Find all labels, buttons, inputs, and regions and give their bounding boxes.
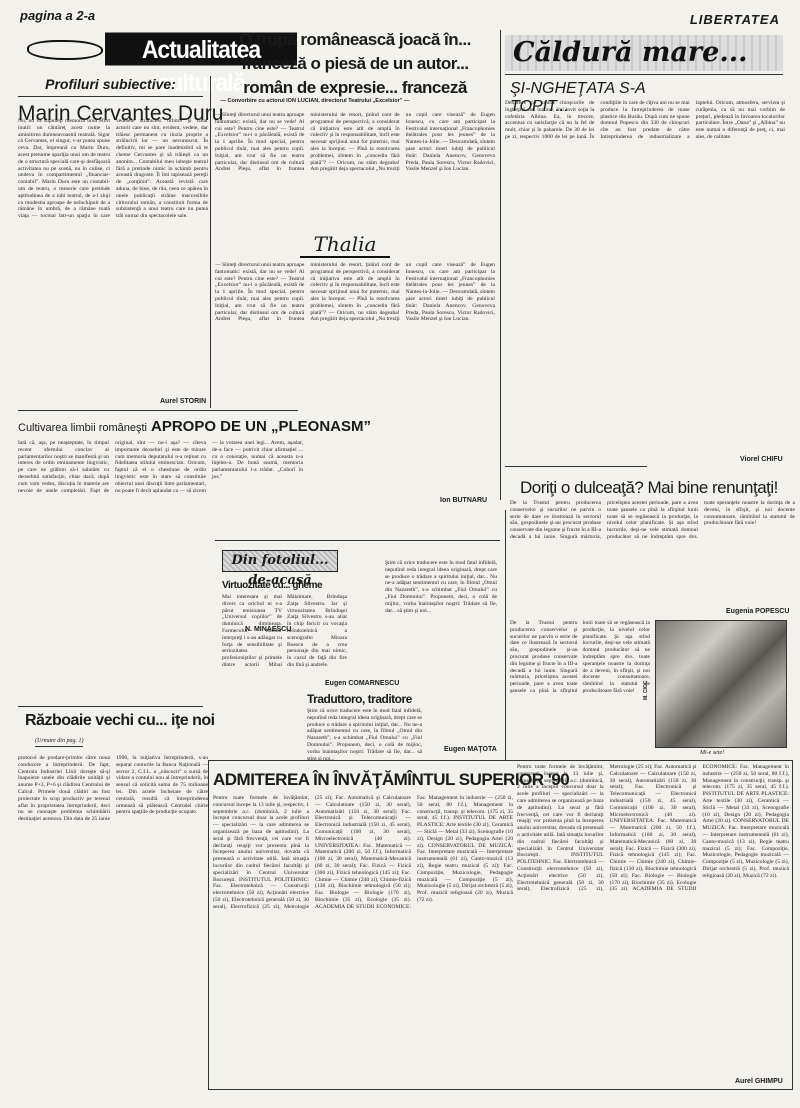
article-body: — Sînteţi directorul unui teatru aproape… [215, 112, 495, 227]
continued-from: (Urmare din pag. 1) [35, 738, 83, 747]
newspaper-masthead: LIBERTATEA [690, 12, 780, 27]
page-number: pagina a 2-a [20, 8, 95, 23]
column-divider [500, 30, 501, 500]
article-body: Deoarece pe stradă chioşcurile de îngheţ… [505, 100, 785, 418]
article-byline: Aurel STORIN [160, 398, 206, 405]
photo-credit: M. CIOC [643, 681, 649, 700]
article-byline: Aurel GHIMPU [735, 1078, 783, 1085]
article-title: O trupă românească joacă în... franceză … [215, 28, 495, 100]
photo-caption: Mi-e sete! [700, 750, 724, 756]
article-kicker: Cultivarea limbii româneşti [18, 422, 147, 434]
article-byline: Eugenia POPESCU [726, 608, 789, 615]
article-title: ADMITEREA ÎN ÎNVĂŢĂMÎNTUL SUPERIOR '90 [213, 770, 569, 790]
article-body: protocol de predare-primire către noua c… [18, 755, 208, 1090]
section-rule [18, 706, 203, 707]
article-subtitle: — Convorbire cu actorul ION LUCIAN, dire… [215, 98, 415, 104]
thalia-emblem: Thalia [300, 232, 390, 258]
caldura-banner: Căldură mare... [505, 35, 783, 71]
article-byline: Eugen MAŢOTA [444, 746, 497, 753]
section-rule [215, 540, 500, 541]
column-divider [210, 76, 211, 408]
article-body-continued: De la Trustul pentru producerea conserve… [510, 620, 650, 760]
article-title: Războaie vechi cu... iţe noi [25, 712, 215, 730]
article-title: Virtuozitate cu... gheme [222, 580, 322, 591]
article-byline: Ion BUTNARU [440, 497, 487, 504]
article-body: Nu, nu vă supuneţi memoria unui efort in… [18, 118, 208, 408]
article-headline: Cultivarea limbii româneşti APROPO DE UN… [18, 418, 308, 436]
article-body-continued: Ştim că orice traducere este în mod fata… [385, 560, 497, 745]
photo-thirsty-child [655, 620, 787, 748]
din-fotoliul-banner: Din fotoliul... de-acasă [222, 550, 338, 572]
article-body-continued: Pentru toate formele de învăţămînt, conc… [517, 764, 789, 1078]
column-divider [505, 510, 506, 760]
section-rule [18, 410, 298, 411]
article-kicker: Profiluri subiective: [18, 76, 203, 97]
article-body: De la Trustul pentru producerea conserve… [510, 500, 795, 610]
palette-icon [27, 40, 103, 60]
article-title: APROPO DE UN „PLEONASM” [151, 418, 371, 435]
article-title: Doriţi o dulceaţă? Mai bine renunţaţi! [520, 478, 778, 498]
article-body: Pentru toate formele de învăţămînt, conc… [213, 795, 513, 1085]
article-byline: Viorel CHIFU [740, 456, 783, 463]
section-rule [505, 466, 647, 467]
banner-rule [505, 74, 783, 75]
